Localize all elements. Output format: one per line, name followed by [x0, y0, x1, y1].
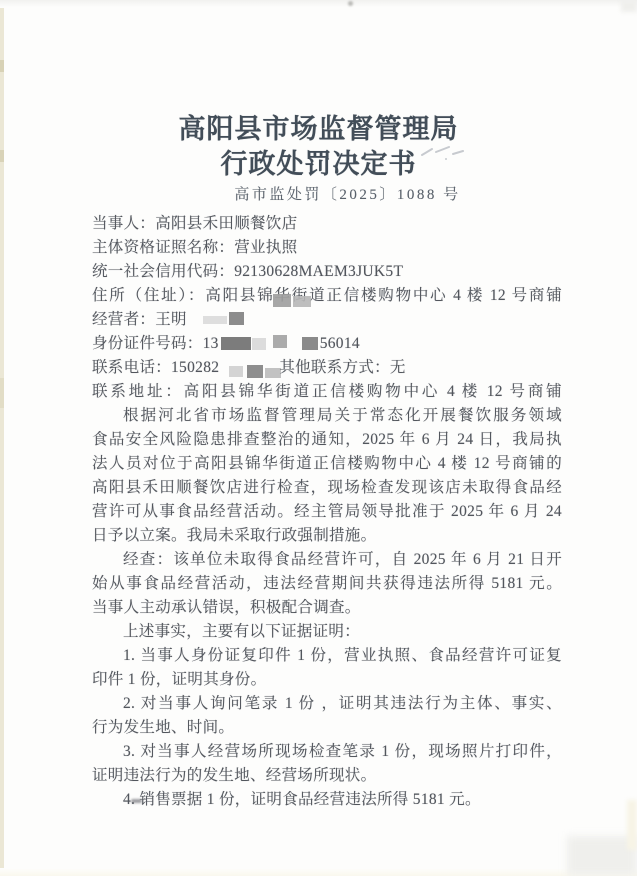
text-segment: 营许可从事食品经营活动。经主管局领导批准于 2025 年 6 月 24 — [92, 503, 562, 520]
text-line: 4. 销售票据 1 份，证明食品经营违法所得 5181 元。 — [92, 788, 562, 812]
text-segment: 证明违法行为的发生地、经营场所现状。 — [92, 767, 376, 784]
text-segment: 当事人：高阳县禾田顺餐饮店 — [92, 215, 297, 232]
scanned-document-page: 高阳县市场监督管理局 行政处罚决定书 高市监处罚〔2025〕1088 号 当事人… — [0, 0, 637, 876]
document-number: 高市监处罚〔2025〕1088 号 — [0, 184, 637, 207]
handwritten-scribble-mark — [418, 139, 470, 165]
text-line: 法人员对位于高阳县锦华街道正信楼购物中心 4 楼 12 号商铺的 — [92, 452, 562, 476]
text-segment: 高阳县禾田顺餐饮店进行检查，现场检查发现该店未取得食品经 — [92, 479, 562, 496]
text-line: 联系电话：150282其他联系方式：无 — [92, 356, 562, 380]
text-line: 证明违法行为的发生地、经营场所现状。 — [92, 764, 562, 788]
text-segment: 印件 1 份，证明其身份。 — [92, 671, 266, 688]
document-type-title: 行政处罚决定书 — [0, 147, 637, 182]
text-line: 食品安全风险隐患排查整治的通知，2025 年 6 月 24 日，我局执 — [92, 428, 562, 452]
text-line: 上述事实，主要有以下证据证明： — [92, 620, 562, 644]
text-line: 始从事食品经营活动，违法经营期间共获得违法所得 5181 元。 — [92, 572, 562, 596]
text-segment: 统一社会信用代码：92130628MAEM3JUK5T — [92, 263, 403, 280]
text-line: 经营者：王明 — [92, 308, 562, 332]
text-segment: 住所（住址）：高阳县锦华街道正信楼购物中心 4 楼 12 号商铺 — [92, 287, 562, 304]
scan-bottom-edge — [0, 869, 637, 876]
text-segment: 经查：该单位未取得食品经营许可，自 2025 年 6 月 21 日开 — [123, 551, 562, 568]
text-line: 2. 对当事人询问笔录 1 份 ，证明其违法行为主体、事实、 — [92, 692, 562, 716]
text-line: 身份证件号码：1356014 — [92, 332, 562, 356]
text-segment: 联系地址：高阳县锦华街道正信楼购物中心 4 楼 12 号商铺 — [92, 383, 562, 400]
text-line: 统一社会信用代码：92130628MAEM3JUK5T — [92, 260, 562, 284]
text-line: 行为发生地、时间。 — [92, 716, 562, 740]
text-segment: 始从事食品经营活动，违法经营期间共获得违法所得 5181 元。 — [92, 575, 562, 592]
scan-right-edge-shade — [621, 0, 637, 12]
scan-left-edge-strip — [0, 8, 4, 868]
scan-edge-spot — [0, 378, 4, 408]
text-segment: 日予以立案。我局未采取行政强制措施。 — [92, 527, 376, 544]
text-segment: 2. 对当事人询问笔录 1 份 ，证明其违法行为主体、事实、 — [123, 695, 562, 712]
text-line: 日予以立案。我局未采取行政强制措施。 — [92, 524, 562, 548]
text-segment: 主体资格证照名称：营业执照 — [92, 239, 297, 256]
text-line: 印件 1 份，证明其身份。 — [92, 668, 562, 692]
text-segment: 身份证件号码：13 — [92, 335, 219, 352]
scan-speck — [348, 1, 353, 6]
text-segment: 上述事实，主要有以下证据证明： — [123, 623, 360, 640]
text-segment: 法人员对位于高阳县锦华街道正信楼购物中心 4 楼 12 号商铺的 — [92, 455, 562, 472]
text-segment: 联系电话：150282 — [92, 359, 219, 376]
text-segment: 经营者：王明 — [92, 311, 187, 328]
text-line: 营许可从事食品经营活动。经主管局领导批准于 2025 年 6 月 24 — [92, 500, 562, 524]
text-segment: 4. 销售票据 1 份，证明食品经营违法所得 5181 元。 — [123, 791, 481, 808]
text-segment: 当事人主动承认错误，积极配合调查。 — [92, 599, 361, 616]
text-line: 3. 对当事人经营场所现场检查笔录 1 份，现场照片打印件， — [92, 740, 562, 764]
text-line: 1. 当事人身份证复印件 1 份，营业执照、食品经营许可证复 — [92, 644, 562, 668]
text-segment: 根据河北省市场监督管理局关于常态化开展餐饮服务领域 — [123, 407, 562, 424]
text-line: 经查：该单位未取得食品经营许可，自 2025 年 6 月 21 日开 — [92, 548, 562, 572]
redaction-mosaic — [229, 360, 283, 378]
redaction-mosaic — [203, 311, 245, 326]
text-segment: 其他联系方式：无 — [279, 359, 405, 376]
agency-title: 高阳县市场监督管理局 — [0, 112, 637, 147]
text-segment: 56014 — [320, 335, 360, 352]
text-segment: 行为发生地、时间。 — [92, 719, 234, 736]
text-line: 联系地址：高阳县锦华街道正信楼购物中心 4 楼 12 号商铺 — [92, 380, 562, 404]
scan-right-edge-cream — [627, 800, 637, 850]
text-segment: 1. 当事人身份证复印件 1 份，营业执照、食品经营许可证复 — [123, 647, 562, 664]
redaction-mosaic — [273, 294, 313, 307]
text-line: 高阳县禾田顺餐饮店进行检查，现场检查发现该店未取得食品经 — [92, 476, 562, 500]
redaction-mosaic — [221, 335, 318, 351]
scan-top-edge — [0, 0, 637, 7]
text-segment: 3. 对当事人经营场所现场检查笔录 1 份，现场照片打印件， — [123, 743, 562, 760]
text-line: 住所（住址）：高阳县锦华街道正信楼购物中心 4 楼 12 号商铺 — [92, 284, 562, 308]
scan-edge-spot — [0, 60, 4, 72]
body-lines: 当事人：高阳县禾田顺餐饮店主体资格证照名称：营业执照统一社会信用代码：92130… — [92, 212, 562, 812]
text-line: 根据河北省市场监督管理局关于常态化开展餐饮服务领域 — [92, 404, 562, 428]
text-segment: 食品安全风险隐患排查整治的通知，2025 年 6 月 24 日，我局执 — [92, 431, 562, 448]
scan-edge-spot — [0, 150, 4, 162]
text-line: 当事人主动承认错误，积极配合调查。 — [92, 596, 562, 620]
document-header: 高阳县市场监督管理局 行政处罚决定书 高市监处罚〔2025〕1088 号 — [0, 0, 637, 207]
text-line: 主体资格证照名称：营业执照 — [92, 236, 562, 260]
text-line: 当事人：高阳县禾田顺餐饮店 — [92, 212, 562, 236]
